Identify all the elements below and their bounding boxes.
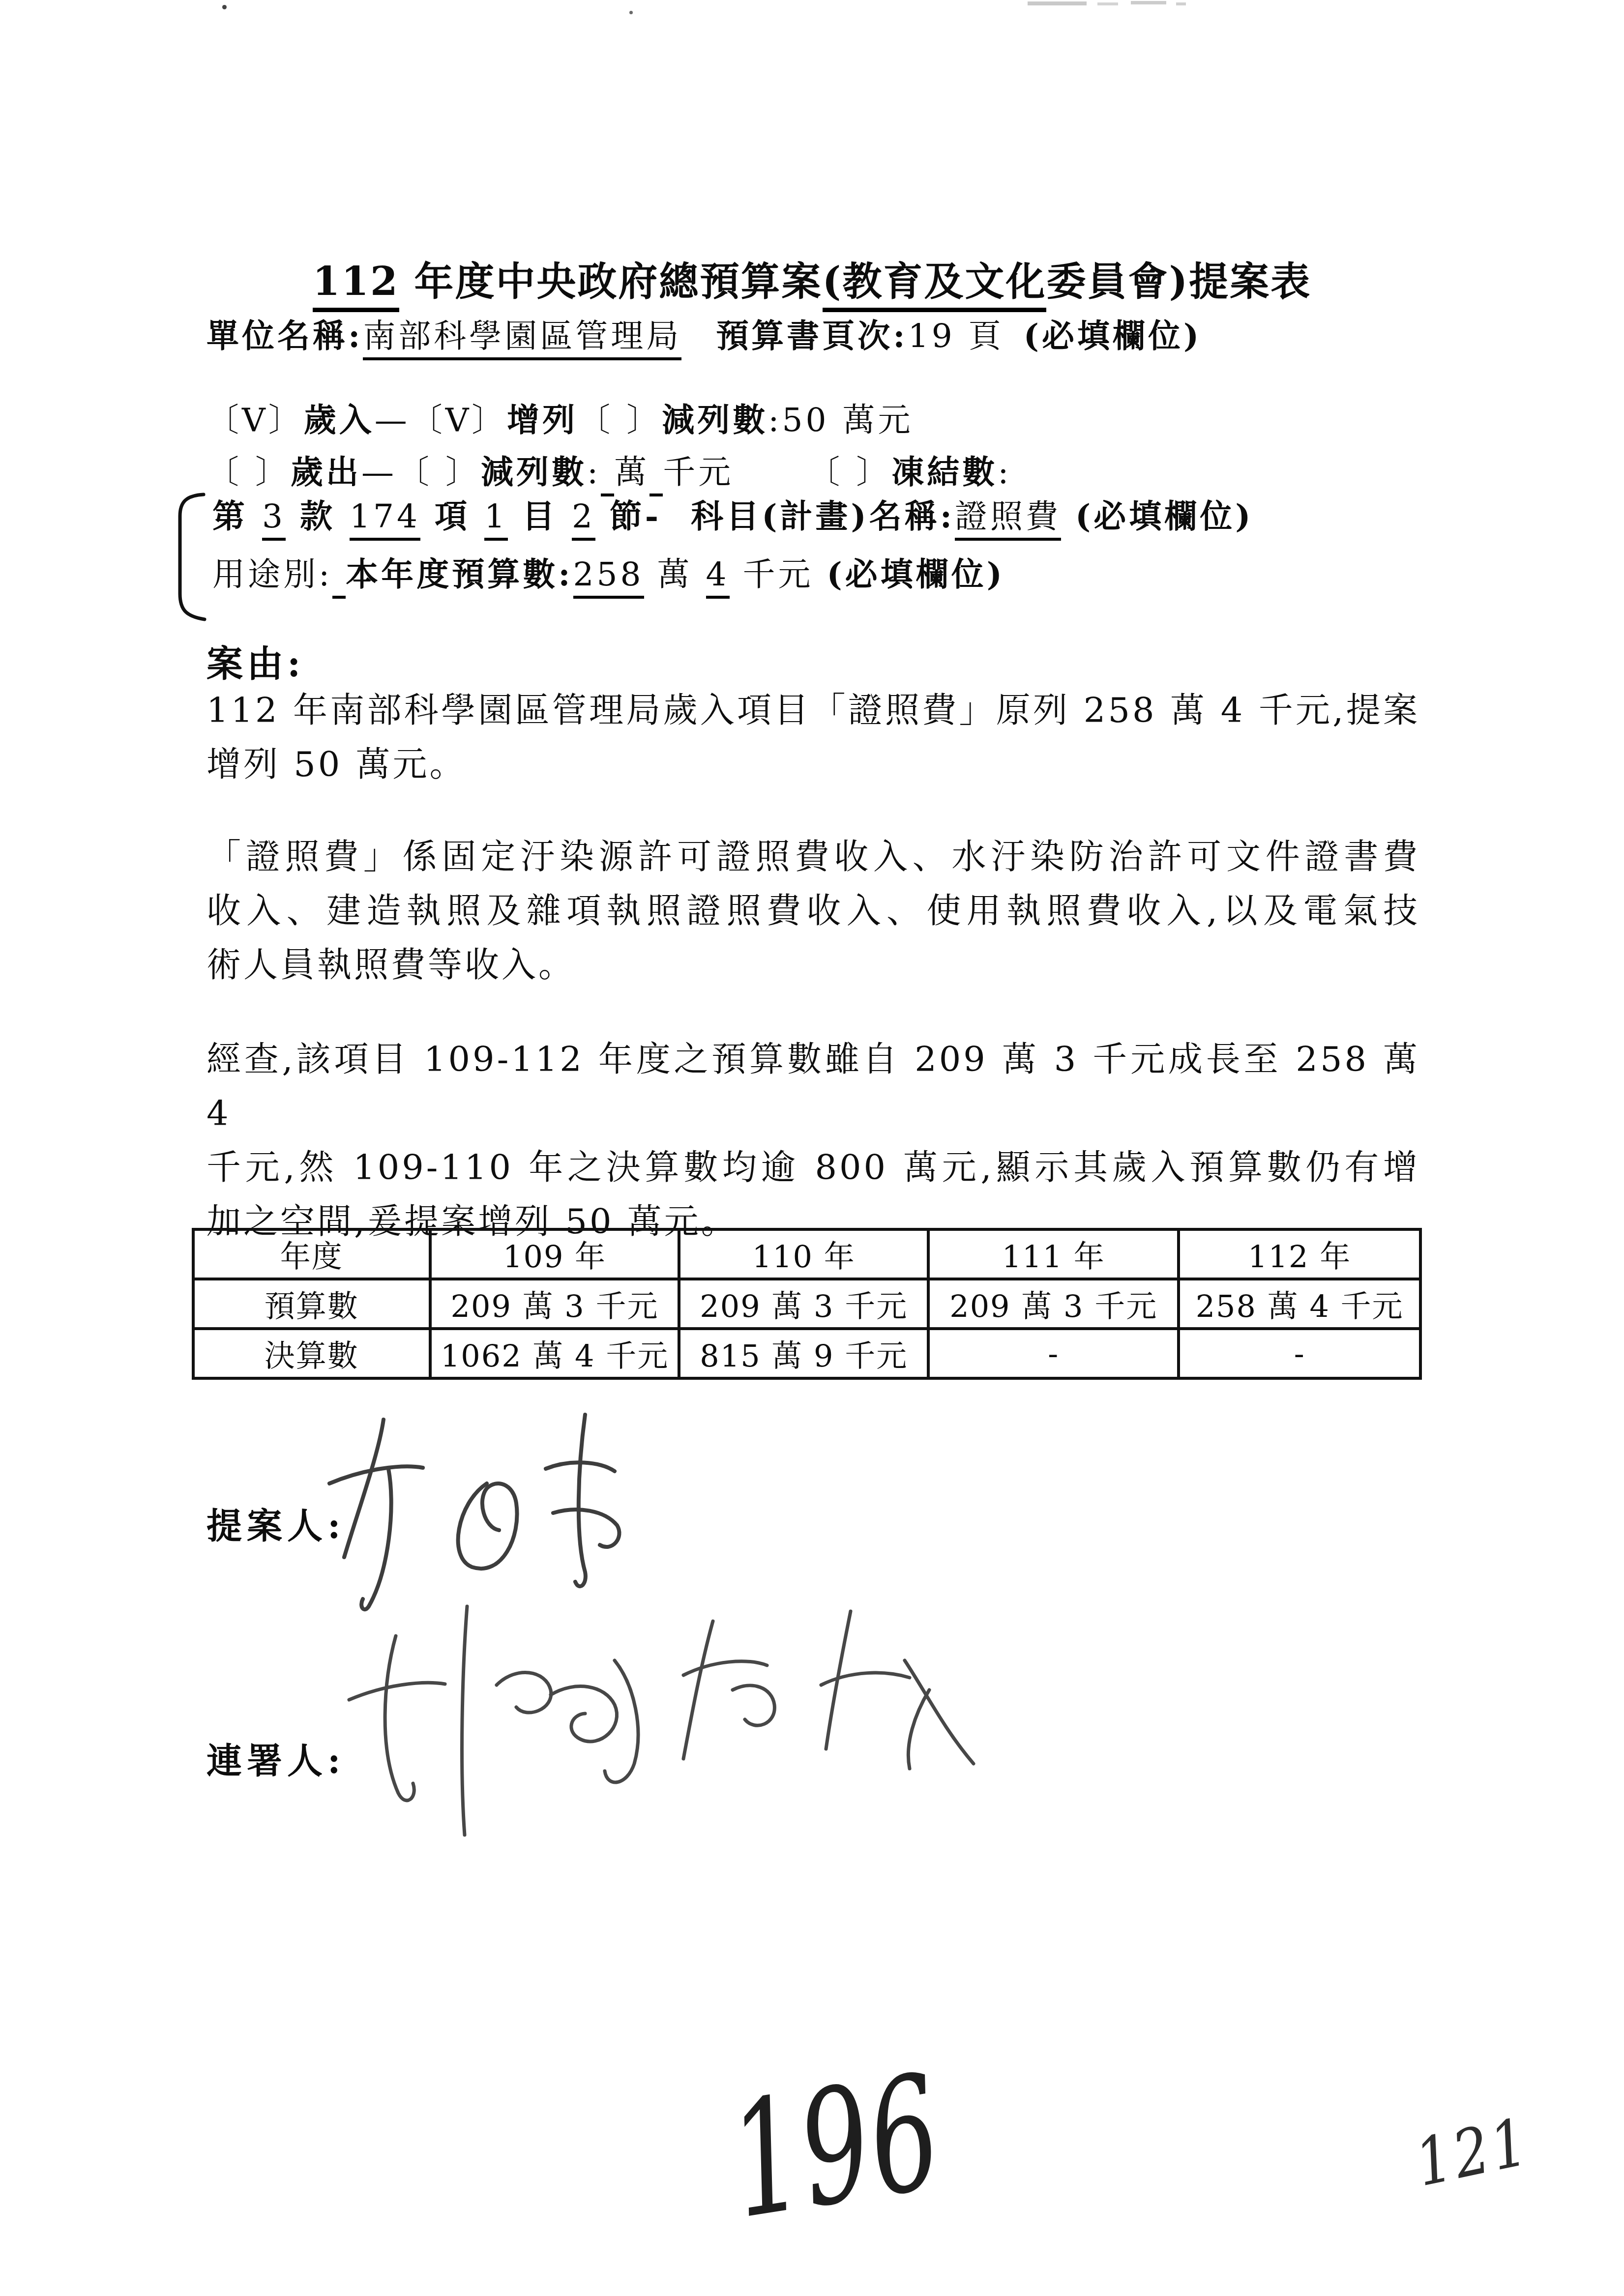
scan-streak [1176, 2, 1186, 5]
table-row: 預算數209 萬 3 千元209 萬 3 千元209 萬 3 千元258 萬 4… [193, 1279, 1420, 1329]
purpose-line: 用途別: 本年度預算數:258 萬 4 千元 (必填欄位) [212, 553, 1005, 595]
budget-history-table: 年度109 年110 年111 年112 年預算數209 萬 3 千元209 萬… [192, 1228, 1422, 1380]
table-cell: 112 年 [1179, 1229, 1420, 1279]
table-cell: 年度 [193, 1229, 430, 1279]
case-reason-label: 案由: [207, 635, 304, 687]
revenue-increase-line: 〔V〕歲入—〔V〕增列〔 〕減列數:50 萬元 [207, 399, 914, 441]
clause-brace [172, 491, 207, 623]
case-paragraph-3: 經查,該項目 109-112 年度之預算數雖自 209 萬 3 千元成長至 25… [207, 1032, 1420, 1249]
proposer-signature [310, 1410, 654, 1621]
table-cell: 209 萬 3 千元 [679, 1279, 928, 1329]
paragraph-line: 經查,該項目 109-112 年度之預算數雖自 209 萬 3 千元成長至 25… [207, 1032, 1420, 1140]
table-cell: 110 年 [679, 1229, 928, 1279]
handwritten-page-number-corner: 121 [1409, 2104, 1536, 2202]
table-cell: 預算數 [193, 1279, 430, 1329]
table-cell: 109 年 [430, 1229, 679, 1279]
paragraph-line: 收入、建造執照及雜項執照證照費收入、使用執照費收入,以及電氣技 [207, 884, 1420, 938]
scan-speck [222, 5, 227, 9]
budget-clause-line: 第 3 款 174 項 1 目 2 節-科目(計畫)名稱:證照費 (必填欄位) [212, 495, 1254, 537]
table-cell: 815 萬 9 千元 [679, 1329, 928, 1378]
scan-streak [1097, 2, 1118, 5]
table-cell: 258 萬 4 千元 [1179, 1279, 1420, 1329]
scan-streak [1028, 1, 1087, 5]
case-paragraph-1: 112 年南部科學園區管理局歲入項目「證照費」原列 258 萬 4 千元,提案增… [207, 683, 1420, 791]
case-paragraph-2: 「證照費」係固定汙染源許可證照費收入、水汙染防治許可文件證書費收入、建造執照及雜… [207, 830, 1420, 992]
table-cell: 209 萬 3 千元 [928, 1279, 1179, 1329]
table-row: 決算數1062 萬 4 千元815 萬 9 千元-- [193, 1329, 1420, 1378]
paragraph-line: 112 年南部科學園區管理局歲入項目「證照費」原列 258 萬 4 千元,提案 [207, 683, 1420, 737]
page-title: 112 年度中央政府總預算案(教育及文化委員會)提案表 [0, 258, 1624, 305]
table-cell: 111 年 [928, 1229, 1179, 1279]
table-cell: - [1179, 1329, 1420, 1378]
paragraph-line: 千元,然 109-110 年之決算數均逾 800 萬元,顯示其歲入預算數仍有增 [207, 1140, 1420, 1194]
paragraph-line: 增列 50 萬元。 [207, 737, 1420, 791]
paragraph-line: 「證照費」係固定汙染源許可證照費收入、水汙染防治許可文件證書費 [207, 830, 1420, 884]
cosigner-label: 連署人: [207, 1732, 346, 1783]
table-cell: 209 萬 3 千元 [430, 1279, 679, 1329]
unit-name-line: 單位名稱:南部科學園區管理局預算書頁次:19 頁(必填欄位) [207, 315, 1202, 357]
scan-speck [629, 11, 633, 14]
cosigner-signatures [339, 1601, 988, 1837]
table-cell: - [928, 1329, 1179, 1378]
table-cell: 1062 萬 4 千元 [430, 1329, 679, 1378]
scanned-budget-proposal-form: 112 年度中央政府總預算案(教育及文化委員會)提案表 單位名稱:南部科學園區管… [0, 0, 1624, 2296]
scan-streak [1131, 1, 1166, 4]
expense-decrease-line: 〔 〕歲出—〔 〕減列數: 萬 千元〔 〕凍結數: [207, 451, 1011, 493]
handwritten-page-number-center: 196 [719, 2041, 953, 2254]
table-cell: 決算數 [193, 1329, 430, 1378]
paragraph-line: 術人員執照費等收入。 [207, 938, 1420, 992]
table-row: 年度109 年110 年111 年112 年 [193, 1229, 1420, 1279]
